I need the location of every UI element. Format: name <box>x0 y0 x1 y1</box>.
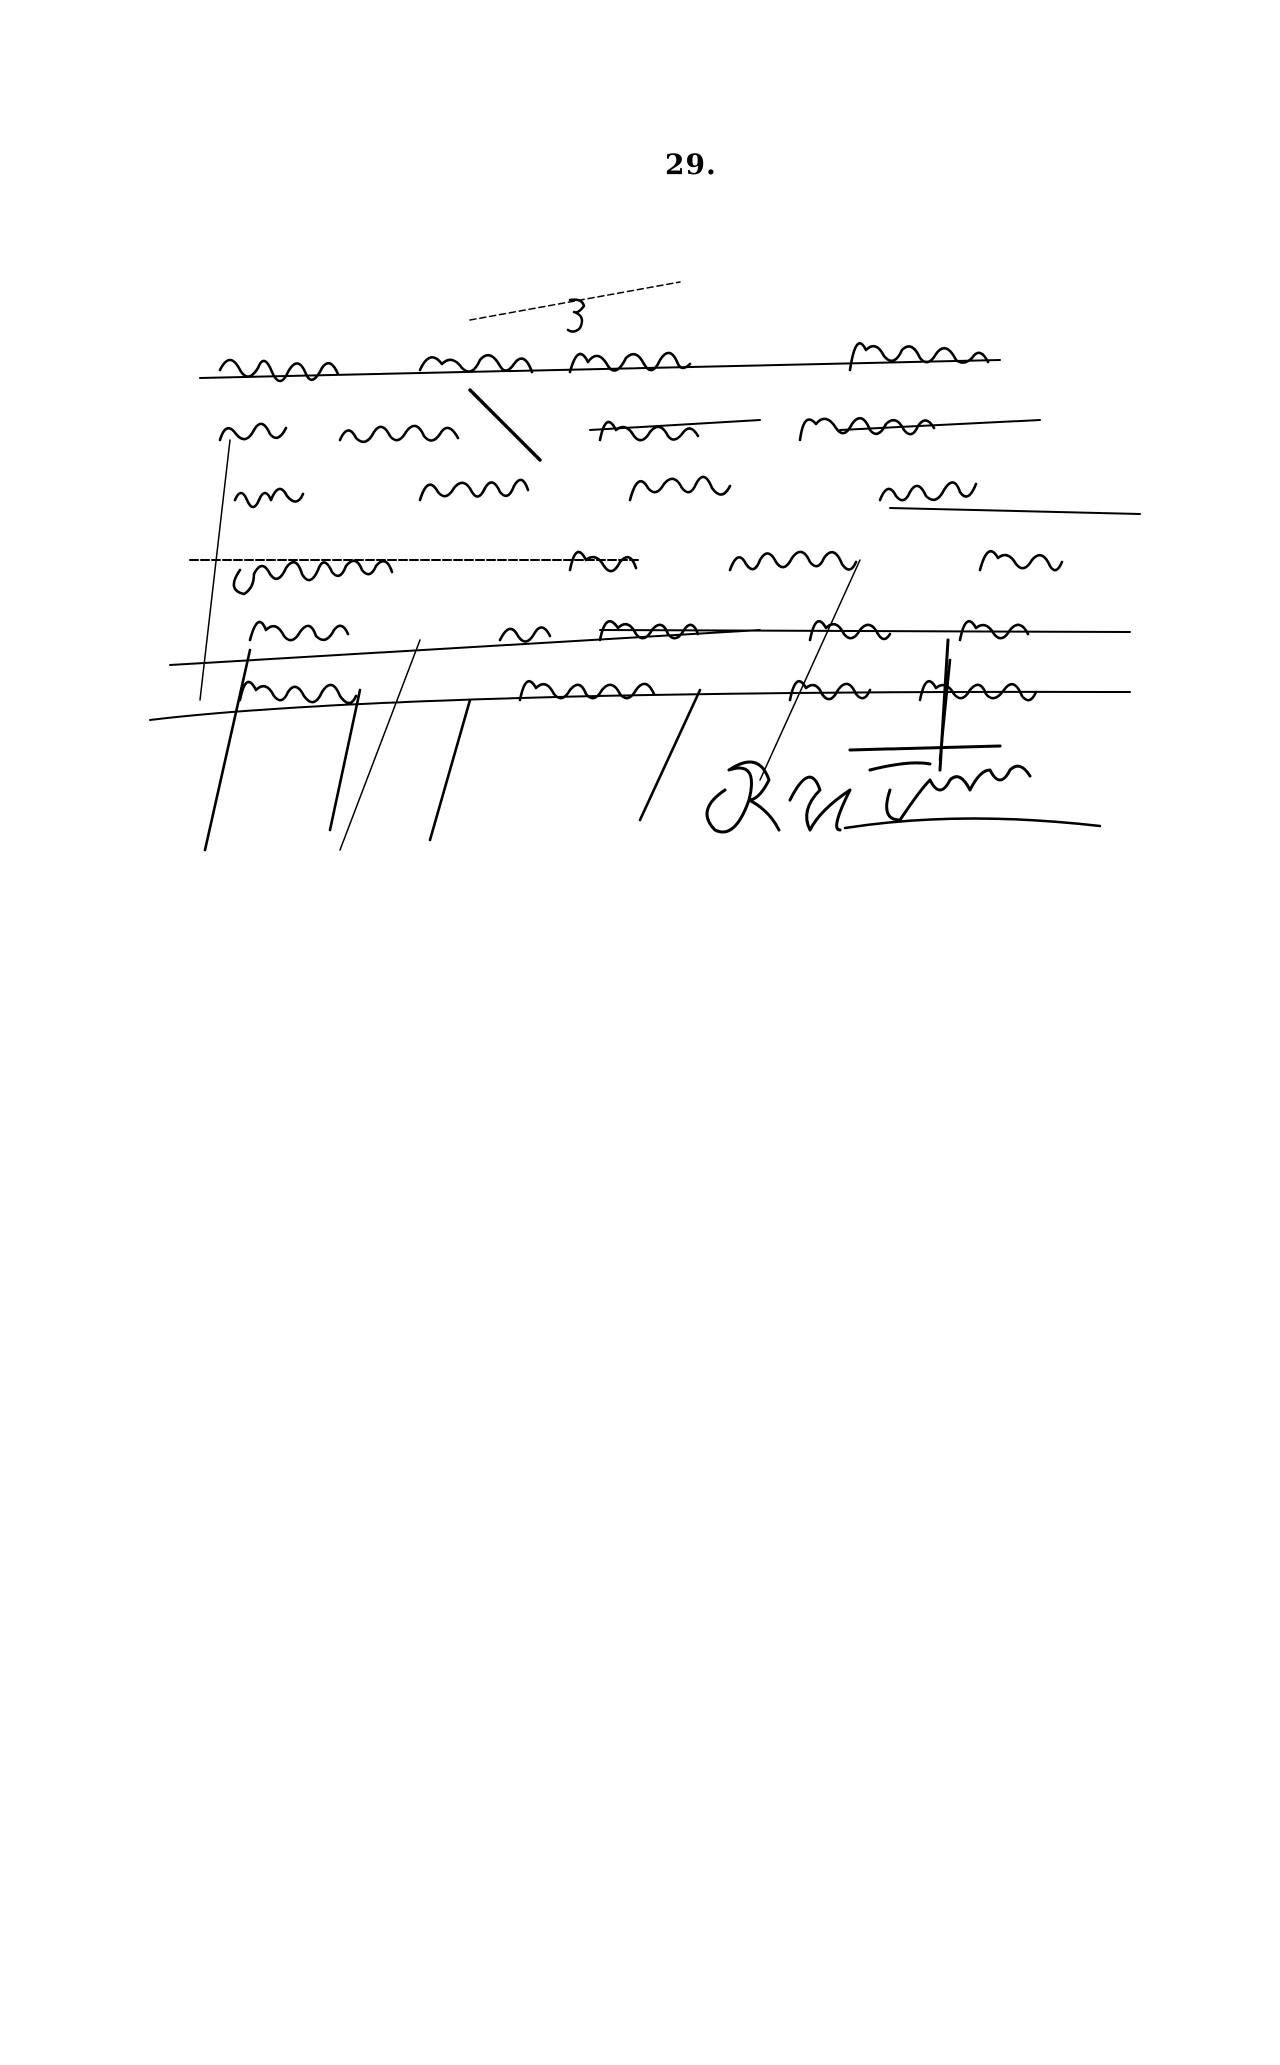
handwriting-line-5 <box>170 621 1130 665</box>
handwriting-line-2 <box>220 390 1040 460</box>
handwritten-manuscript <box>0 0 1280 900</box>
numeral-mark <box>568 300 584 332</box>
descender-strokes <box>200 440 950 850</box>
handwriting-line-1 <box>200 343 1000 381</box>
handwriting-line-6 <box>150 681 1130 720</box>
dashed-stroke <box>470 282 680 320</box>
handwriting-line-4 <box>190 551 1062 594</box>
handwriting-line-3 <box>235 477 1140 514</box>
signature <box>707 640 1100 832</box>
